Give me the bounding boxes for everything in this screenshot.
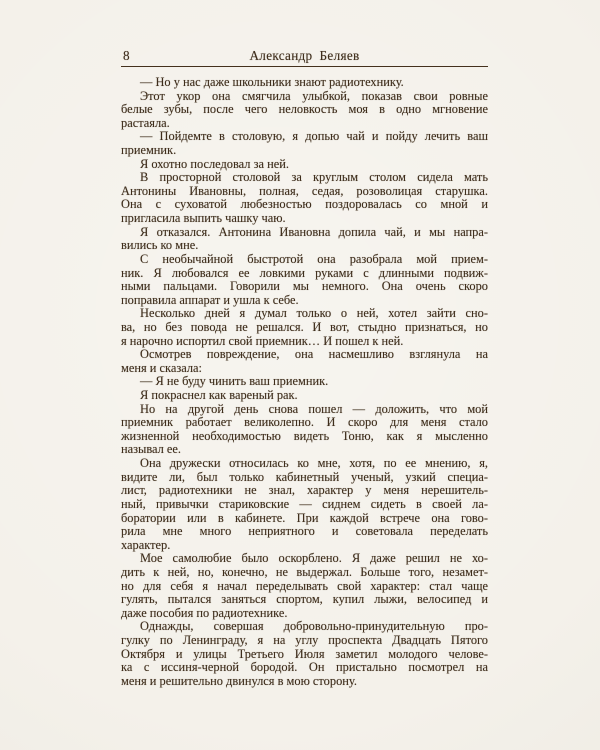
text-line: пригласила выпить чашку чаю. xyxy=(121,212,488,226)
text-line: приемник. xyxy=(121,144,488,158)
text-line: Я охотно последовал за ней. xyxy=(121,158,488,172)
text-line: Я покраснел как вареный рак. xyxy=(121,389,488,403)
page-header: 8 Александр Беляев xyxy=(121,46,488,67)
text-line: я нарочно испортил свой приемник… И поше… xyxy=(121,335,488,349)
text-line: Она с суховатой любезностью поздоровалас… xyxy=(121,198,488,212)
text-line: ка с иссиня-черной бородой. Он пристальн… xyxy=(121,661,488,675)
text-line: Я отказался. Антонина Ивановна допила ча… xyxy=(121,226,488,240)
text-line: ный, привычки стариковские — сиднем сиде… xyxy=(121,498,488,512)
text-line: Антонины Ивановны, полная, седая, розово… xyxy=(121,185,488,199)
text-line: лист, радиотехники не знал, характер у м… xyxy=(121,484,488,498)
text-line: ва, но без повода не решался. И вот, сты… xyxy=(121,321,488,335)
text-line: дить к ней, но, конечно, не выдержал. Бо… xyxy=(121,566,488,580)
text-line: ник. Я любовался ее ловкими руками с дли… xyxy=(121,267,488,281)
text-line: приемник работает великолепно. И скоро д… xyxy=(121,416,488,430)
text-line: ными пальцами. Говорили мы немного. Она … xyxy=(121,280,488,294)
text-line: видите ли, был только кабинетный ученый,… xyxy=(121,471,488,485)
text-line: — Пойдемте в столовую, я допью чай и пой… xyxy=(121,130,488,144)
text-line: — Я не буду чинить ваш приемник. xyxy=(121,375,488,389)
text-line: жизненной необходимостью видеть Тоню, ка… xyxy=(121,430,488,444)
page-number: 8 xyxy=(123,46,130,66)
text-line: белые зубы, после чего неловкость моя в … xyxy=(121,103,488,117)
text-line: меня и решительно двинулся в мою сторону… xyxy=(121,675,488,689)
text-line: вились ко мне. xyxy=(121,239,488,253)
text-line: боратории или в кабинете. При каждой вст… xyxy=(121,512,488,526)
text-line: но для себя я начал переделывать свой ха… xyxy=(121,580,488,594)
text-line: растаяла. xyxy=(121,117,488,131)
text-line: Несколько дней я думал только о ней, хот… xyxy=(121,307,488,321)
text-line: Однажды, совершая добровольно-принудител… xyxy=(121,620,488,634)
text-line: Она дружески относилась ко мне, хотя, по… xyxy=(121,457,488,471)
text-line: Мое самолюбие было оскорблено. Я даже ре… xyxy=(121,552,488,566)
text-line: поправила аппарат и ушла к себе. xyxy=(121,294,488,308)
text-line: называл ее. xyxy=(121,443,488,457)
running-title: Александр Беляев xyxy=(249,48,359,63)
page-text: — Но у нас даже школьники знают радиотех… xyxy=(121,76,488,688)
text-line: Этот укор она смягчила улыбкой, показав … xyxy=(121,90,488,104)
text-line: гулку по Ленинграду, я на углу проспекта… xyxy=(121,634,488,648)
text-line: рила мне много неприятного и советовала … xyxy=(121,525,488,539)
text-line: Осмотрев повреждение, она насмешливо взг… xyxy=(121,348,488,362)
text-line: — Но у нас даже школьники знают радиотех… xyxy=(121,76,488,90)
text-line: Октября и улицы Третьего Июля заметил мо… xyxy=(121,648,488,662)
text-line: Но на другой день снова пошел — доложить… xyxy=(121,403,488,417)
text-line: гулять, пытался заняться спортом, купил … xyxy=(121,593,488,607)
text-line: даже пособия по радиотехнике. xyxy=(121,607,488,621)
book-page: 8 Александр Беляев — Но у нас даже школь… xyxy=(0,0,600,750)
text-line: характер. xyxy=(121,539,488,553)
text-line: С необычайной быстротой она разобрала мо… xyxy=(121,253,488,267)
text-line: В просторной столовой за круглым столом … xyxy=(121,171,488,185)
text-line: меня и сказала: xyxy=(121,362,488,376)
